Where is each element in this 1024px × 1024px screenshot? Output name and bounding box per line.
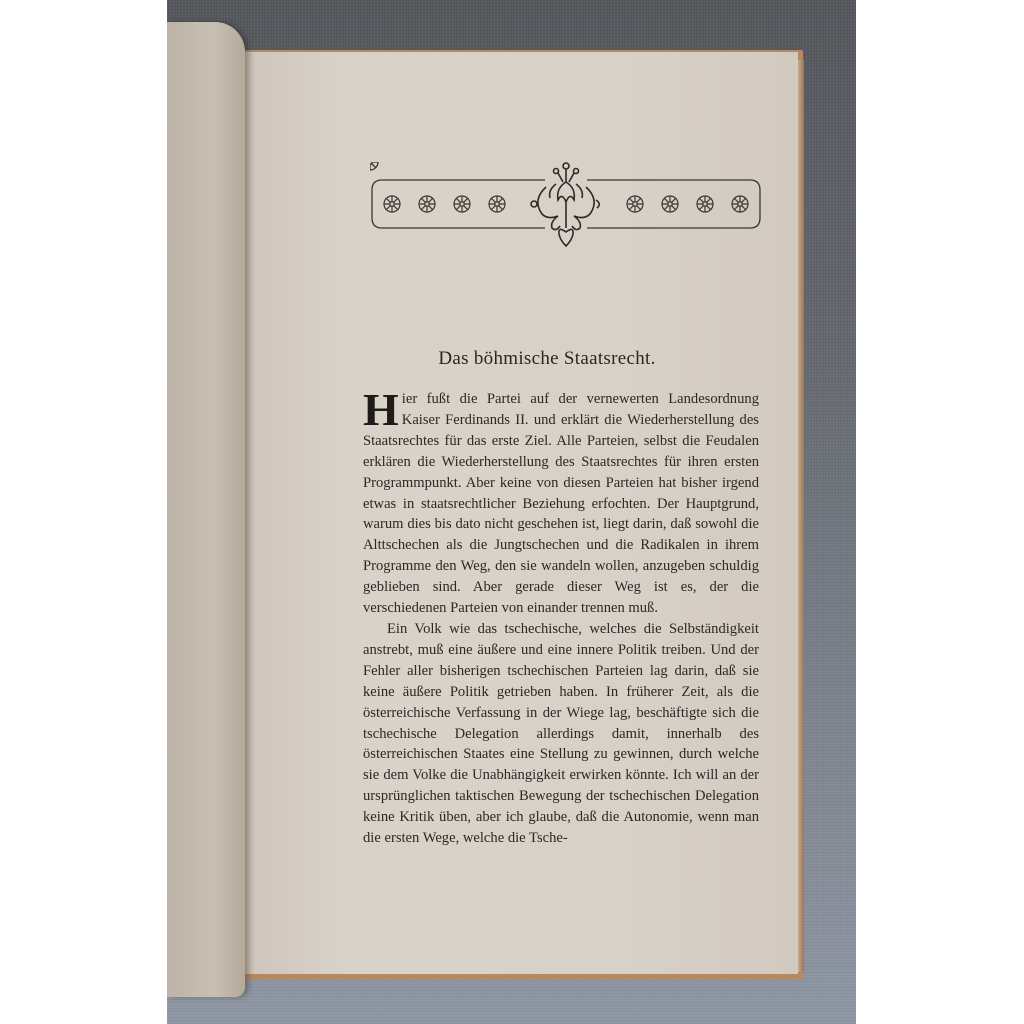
paragraph-1: Hier fußt die Partei auf der vernewerten… [363, 389, 759, 619]
paragraph-1-text: ier fußt die Partei auf der vernewerten … [363, 391, 759, 616]
drop-cap: H [363, 391, 399, 429]
paragraph-2: Ein Volk wie das tschechische, welches d… [363, 619, 759, 849]
book-photo: Das böhmische Staatsrecht. Hier fußt die… [167, 0, 856, 1024]
page-edge [798, 60, 804, 972]
body-text: Hier fußt die Partei auf der vernewerten… [363, 389, 759, 849]
chapter-title: Das böhmische Staatsrecht. [297, 348, 797, 370]
left-page [167, 22, 245, 997]
ornament-header-icon [370, 162, 762, 252]
book-page: Das böhmische Staatsrecht. Hier fußt die… [232, 52, 798, 974]
